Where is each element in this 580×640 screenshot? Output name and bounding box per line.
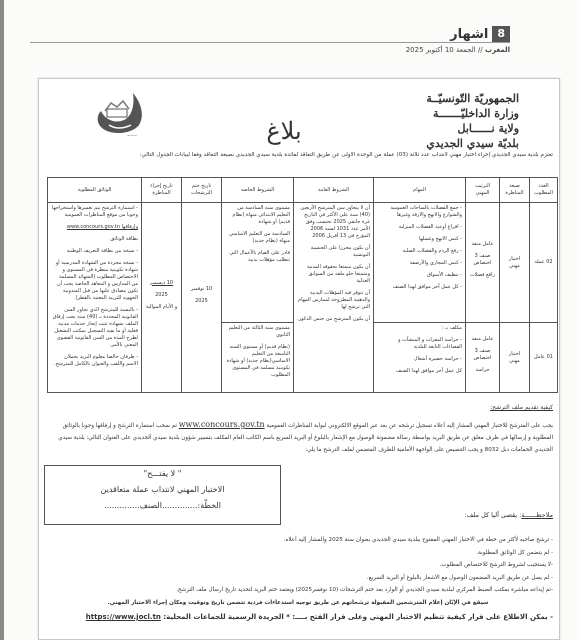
condition-item: أن تتوفر فيه المؤهلات البدنية والذهنية ا…: [297, 290, 370, 311]
newspaper-name: المغرب: [485, 46, 510, 54]
table-row: 02 عملة اختبار مهني عامل منفذ صنف 3 اختص…: [48, 203, 558, 323]
exam-date-line: 2025: [145, 292, 178, 299]
gov-line: الجمهوريّة التّونسيّــة: [426, 91, 519, 106]
rejection-item: - ترشح صاحبه لأكثر من خطة في الاختبار ال…: [43, 534, 553, 547]
how-to-apply-text: يجب على المترشح للاختبار المهني المشار إ…: [43, 419, 553, 456]
positions-table: العدد المطلوب صيغة المناظرة الترتيب المه…: [47, 177, 558, 393]
notice-clipping: الجمهوريّة التّونسيّــة وزارة الداخليّــ…: [38, 78, 560, 640]
document-item: - نسخة من بطاقة التعريف الوطنية: [51, 248, 138, 255]
rank-line: حراسة: [469, 367, 496, 374]
special-item: مستوى سنة السادسة من التعليم الابتدائي م…: [225, 205, 290, 226]
column-header: صيغة المناظرة: [500, 178, 530, 203]
municipality-logo-icon: ~~~: [89, 89, 149, 139]
type-cell: اختبار مهني: [500, 323, 530, 393]
count-cell: 01 عامل: [530, 323, 558, 393]
special-item: (نظام قديم) أو مستوى السنة التاسعة من ال…: [225, 344, 290, 379]
page-header: 8 اشهار: [450, 26, 510, 42]
document-item: - بالنسبة للمترشح الذي تجاوز السن القانو…: [51, 307, 138, 349]
page-number: 8: [492, 26, 510, 42]
rejection-item: -تم إيداعه مباشرة بمكتب الضبط المركزي لب…: [43, 584, 553, 597]
task-item: - كنس المجاري والأرصفة: [377, 260, 462, 267]
exam-label: الاختبار المهني لانتداب عملة متعاقدين: [45, 482, 280, 498]
date-line: المغرب // الجمعة 10 أكتوبر 2025: [406, 46, 510, 54]
rank-cell: عامل منفذ صنف 3 اختصاص حراسة: [466, 323, 500, 393]
rank-line: عامل منفذ: [469, 336, 496, 343]
government-header: الجمهوريّة التّونسيّــة وزارة الداخليّــ…: [426, 91, 519, 151]
documents-cell: - استمارة الترشح يتم تعميرها واستخراجها …: [48, 203, 142, 393]
exam-date-line: و الأيام الموالية: [145, 304, 178, 311]
note-text: : يقصى آليا كل ملف:: [464, 511, 521, 519]
task-item: - جمع الفضلات بالساحات العمومية والشوارع…: [377, 205, 462, 219]
deadline-line: 10 نوفمبر: [185, 286, 218, 293]
document-item: - ظرفان خالصا معلوم البريد يحملان الاسم …: [51, 354, 138, 368]
special-item: مستوى سنة الثالثة من التعليم الثانوي: [225, 325, 290, 339]
rank-line: رافع فضلات: [469, 272, 496, 279]
envelope-label-box: " لا يفتـــح" الاختبار المهني لانتداب عم…: [44, 465, 281, 525]
rank-line: صنف 3 اختصاص: [469, 348, 496, 362]
column-header: الوثائق المطلوبة: [48, 178, 142, 203]
note: ملاحظــــــة: يقصى آليا كل ملف:: [464, 511, 553, 519]
svg-text:~~~: ~~~: [127, 133, 137, 138]
column-header: الشروط العامة: [294, 178, 374, 203]
issue-date: // الجمعة 10 أكتوبر 2025: [406, 46, 483, 54]
exam-date-line: 10 ديسمبر: [145, 280, 178, 287]
column-header: الشروط الخاصة: [222, 178, 294, 203]
column-header: تاريخ ختم الترشحات: [182, 178, 222, 203]
final-reference: - يمكن الاطلاع على قرار كيفية تنظيم الاخ…: [43, 609, 553, 625]
gov-line: بلديّة سيدي الجديدي: [426, 136, 519, 151]
table-header-row: العدد المطلوب صيغة المناظرة الترتيب المه…: [48, 178, 558, 203]
condition-item: أن يكون محرزا على الجنسية التونسية: [297, 245, 370, 259]
post-category-label: الخطّة:..............الصنف..............: [45, 498, 280, 514]
apply-text: يجب على المترشح للاختبار المهني المشار إ…: [266, 423, 553, 429]
general-conditions-cell: أن لا يتجاوز سن المترشح الأربعين (40) سن…: [294, 203, 374, 393]
column-header: المهام: [374, 178, 466, 203]
section-title: اشهار: [450, 27, 488, 42]
column-header: الترتيب المهني: [466, 178, 500, 203]
task-item: - كنس الانهج وغسلها: [377, 236, 462, 243]
notice-title: بلاغ: [229, 117, 339, 145]
special-conditions-cell: مستوى سنة السادسة من التعليم الابتدائي م…: [222, 203, 294, 323]
condition-item: أن يكون متمتعا بحقوقه المدنية ومتمتعا خل…: [297, 264, 370, 285]
column-header: تاريخ إجراء المناظرة: [142, 178, 182, 203]
task-item: - كل عمل آخر موافق لهذا الصنف: [377, 284, 462, 291]
note-label: ملاحظــــــة: [521, 511, 553, 519]
condition-item: أن لا يتجاوز سن المترشح الأربعين (40) سن…: [297, 205, 370, 240]
rejection-item: -لا يستجيب لشروط الترشح للاختصاص المطلوب…: [43, 559, 553, 572]
document-item: بطاقة الوثائق: [51, 236, 138, 243]
jocl-link[interactable]: https://www.jocl.tn: [86, 613, 161, 621]
task-item: - حراسة حضيرة أشغال: [377, 356, 462, 363]
rank-line: صنف 3 اختصاص: [469, 253, 496, 267]
final-reference-text: - يمكن الاطلاع على قرار كيفية تنظيم الاخ…: [163, 613, 553, 621]
rejection-item: - لم يتضمن كل الوثائق المطلوبة.: [43, 547, 553, 560]
tasks-cell: - جمع الفضلات بالساحات العمومية والشوارع…: [374, 203, 466, 323]
concours-link[interactable]: www.concours.gov.tn وإرفاقها: [51, 224, 138, 231]
deadline-cell: 10 نوفمبر 2025: [182, 203, 222, 393]
gov-line: ولاية نــــــابل: [426, 121, 519, 136]
rank-line: عامل منفذ: [469, 241, 496, 248]
special-conditions-cell: مستوى سنة الثالثة من التعليم الثانوي (نظ…: [222, 323, 294, 393]
notification-text: سيقع في الإبّان إعلام المترشحين المقبولة…: [43, 597, 553, 610]
gov-line: وزارة الداخليّـــــــة: [426, 106, 519, 121]
rejection-item: - لم يصل عن طريق البريد المضمون الوصول م…: [43, 572, 553, 585]
header-divider: [30, 42, 510, 43]
tasks-cell: مكلف بـ : - حراسة المقرات و المنشآت و ال…: [374, 323, 466, 393]
intro-paragraph: تعتزم بلدية سيدي الجديدي إجراء اختبار مه…: [43, 152, 553, 158]
task-item: - حراسة المقرات و المنشآت و الفضاءات الت…: [377, 337, 462, 351]
task-item: - افراغ أوعية الفضلات المنزلية: [377, 224, 462, 231]
document-item: - استمارة الترشح يتم تعميرها واستخراجها …: [51, 205, 138, 219]
task-item: - تنظيف الأسواق: [377, 272, 462, 279]
do-not-open-label: " لا يفتـــح": [45, 466, 280, 482]
how-to-apply-heading: كيفية تقديم ملف الترشح:: [490, 404, 553, 411]
deadline-line: 2025: [185, 298, 218, 305]
rejection-list: - ترشح صاحبه لأكثر من خطة في الاختبار ال…: [43, 534, 553, 625]
rank-cell: عامل منفذ صنف 3 اختصاص رافع فضلات: [466, 203, 500, 323]
concours-url-link[interactable]: www.concours.gov.tn: [179, 420, 265, 429]
task-item: كل عمل آخر موافق لهذا الصنف: [377, 368, 462, 375]
exam-date-cell: 10 ديسمبر 2025 و الأيام الموالية: [142, 203, 182, 393]
special-item: قادر على القيام بالأعمال التي تتطلب مؤهل…: [225, 250, 290, 264]
task-item: مكلف بـ :: [377, 325, 462, 332]
condition-item: أن يكون المترشح من جنس الذكور.: [297, 316, 370, 323]
count-cell: 02 عملة: [530, 203, 558, 323]
column-header: العدد المطلوب: [530, 178, 558, 203]
page-edge: [0, 0, 4, 640]
special-item: السادسة من التعليم الاساسي منهاة (نظام ج…: [225, 231, 290, 245]
newspaper-page: 8 اشهار المغرب // الجمعة 10 أكتوبر 2025 …: [0, 0, 580, 640]
document-item: - نسخة مجردة من الشهادة المدرسية أو شهاد…: [51, 260, 138, 302]
task-item: - رفع الردم والفضلات الصلبة: [377, 248, 462, 255]
type-cell: اختبار مهني: [500, 203, 530, 323]
